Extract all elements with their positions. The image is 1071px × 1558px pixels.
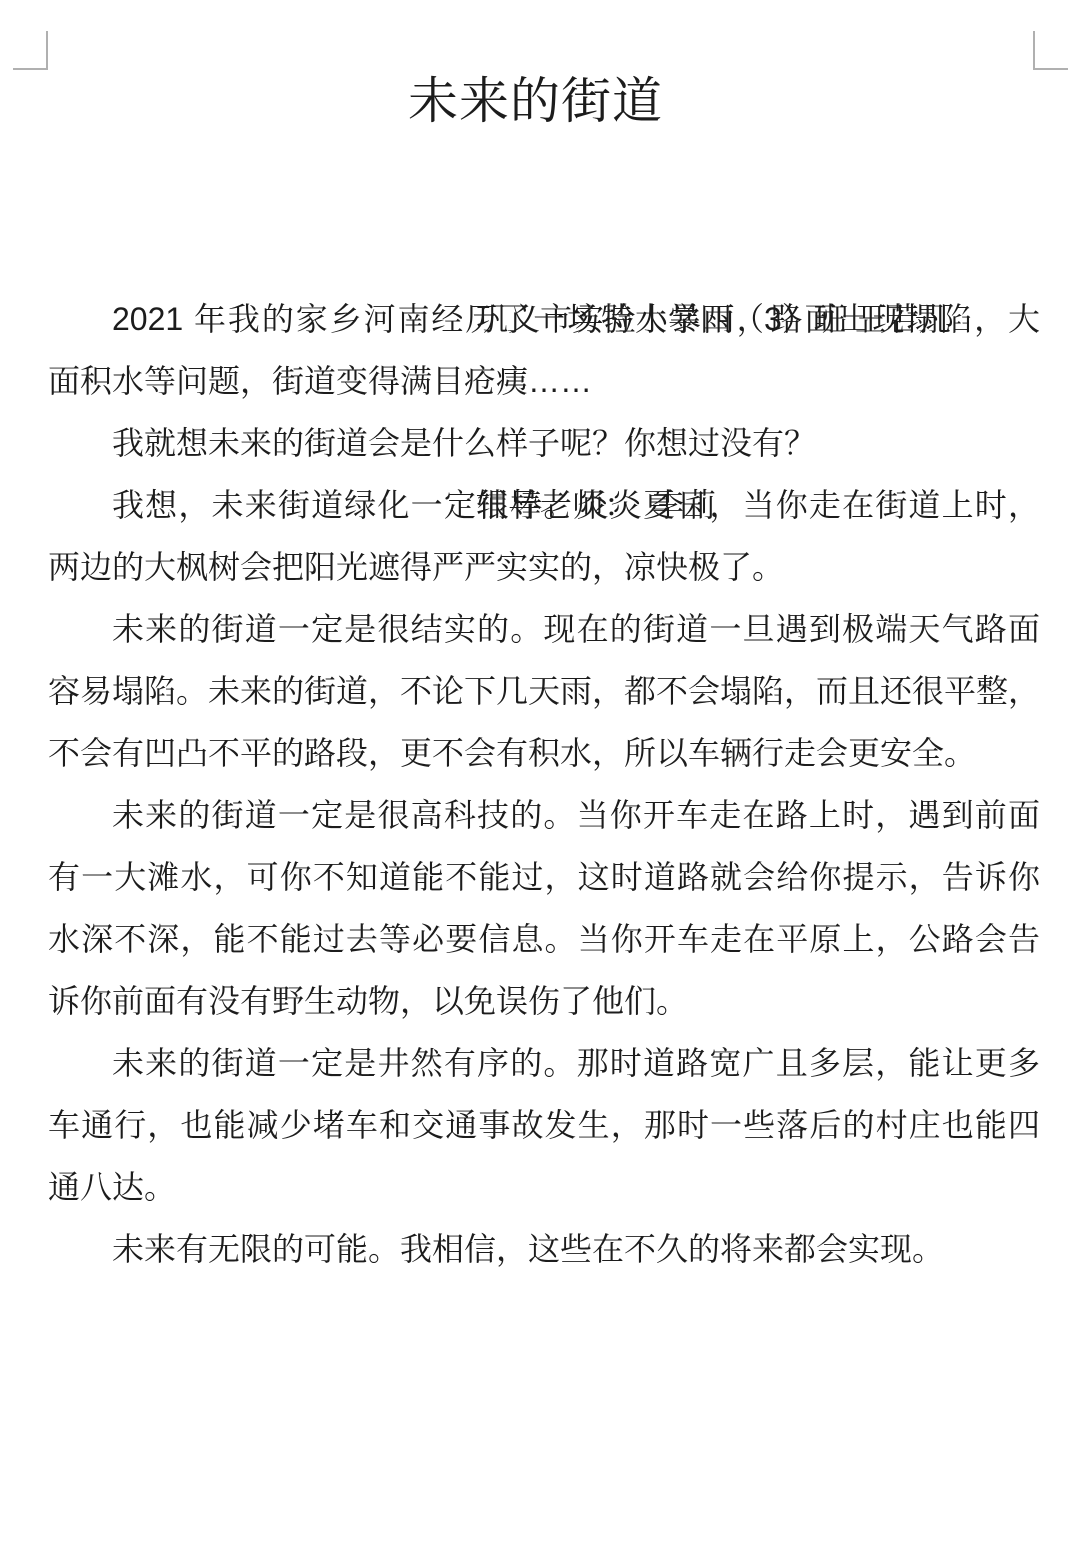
margin-crop-mark-left	[13, 31, 48, 70]
essay-line: 车通行，也能减少堵车和交通事故发生，那时一些落后的村庄也能四	[48, 1094, 1040, 1156]
essay-line: 未来的街道一定是很高科技的。当你开车走在路上时，遇到前面	[48, 784, 1040, 846]
essay-body: 2021 年我的家乡河南经历了一场特大暴雨，路面出现塌陷，大面积水等问题，街道变…	[48, 288, 1040, 1280]
essay-line: 容易塌陷。未来的街道，不论下几天雨，都不会塌陷，而且还很平整，	[48, 660, 1040, 722]
essay-line: 通八达。	[48, 1156, 1040, 1218]
essay-line: 面积水等问题，街道变得满目疮痍……	[48, 350, 1040, 412]
essay-line: 我就想未来的街道会是什么样子呢？你想过没有？	[48, 412, 1040, 474]
document-title: 未来的街道	[0, 66, 1071, 136]
essay-line: 水深不深，能不能过去等必要信息。当你开车走在平原上，公路会告	[48, 908, 1040, 970]
essay-line: 未来有无限的可能。我相信，这些在不久的将来都会实现。	[48, 1218, 1040, 1280]
document-page: 未来的街道 巩义市实验小学四（3）班 王若凡 辅导老师： 李莉 2021 年我的…	[0, 0, 1071, 1558]
margin-crop-mark-right	[1033, 31, 1068, 70]
essay-line: 未来的街道一定是很结实的。现在的街道一旦遇到极端天气路面	[48, 598, 1040, 660]
essay-line: 不会有凹凸不平的路段，更不会有积水，所以车辆行走会更安全。	[48, 722, 1040, 784]
essay-line: 我想，未来街道绿化一定很棒。炎炎夏日，当你走在街道上时，	[48, 474, 1040, 536]
essay-line: 2021 年我的家乡河南经历了一场特大暴雨，路面出现塌陷，大	[48, 288, 1040, 350]
essay-line: 未来的街道一定是井然有序的。那时道路宽广且多层，能让更多	[48, 1032, 1040, 1094]
essay-line: 诉你前面有没有野生动物，以免误伤了他们。	[48, 970, 1040, 1032]
essay-line: 两边的大枫树会把阳光遮得严严实实的，凉快极了。	[48, 536, 1040, 598]
essay-line: 有一大滩水，可你不知道能不能过，这时道路就会给你提示，告诉你	[48, 846, 1040, 908]
